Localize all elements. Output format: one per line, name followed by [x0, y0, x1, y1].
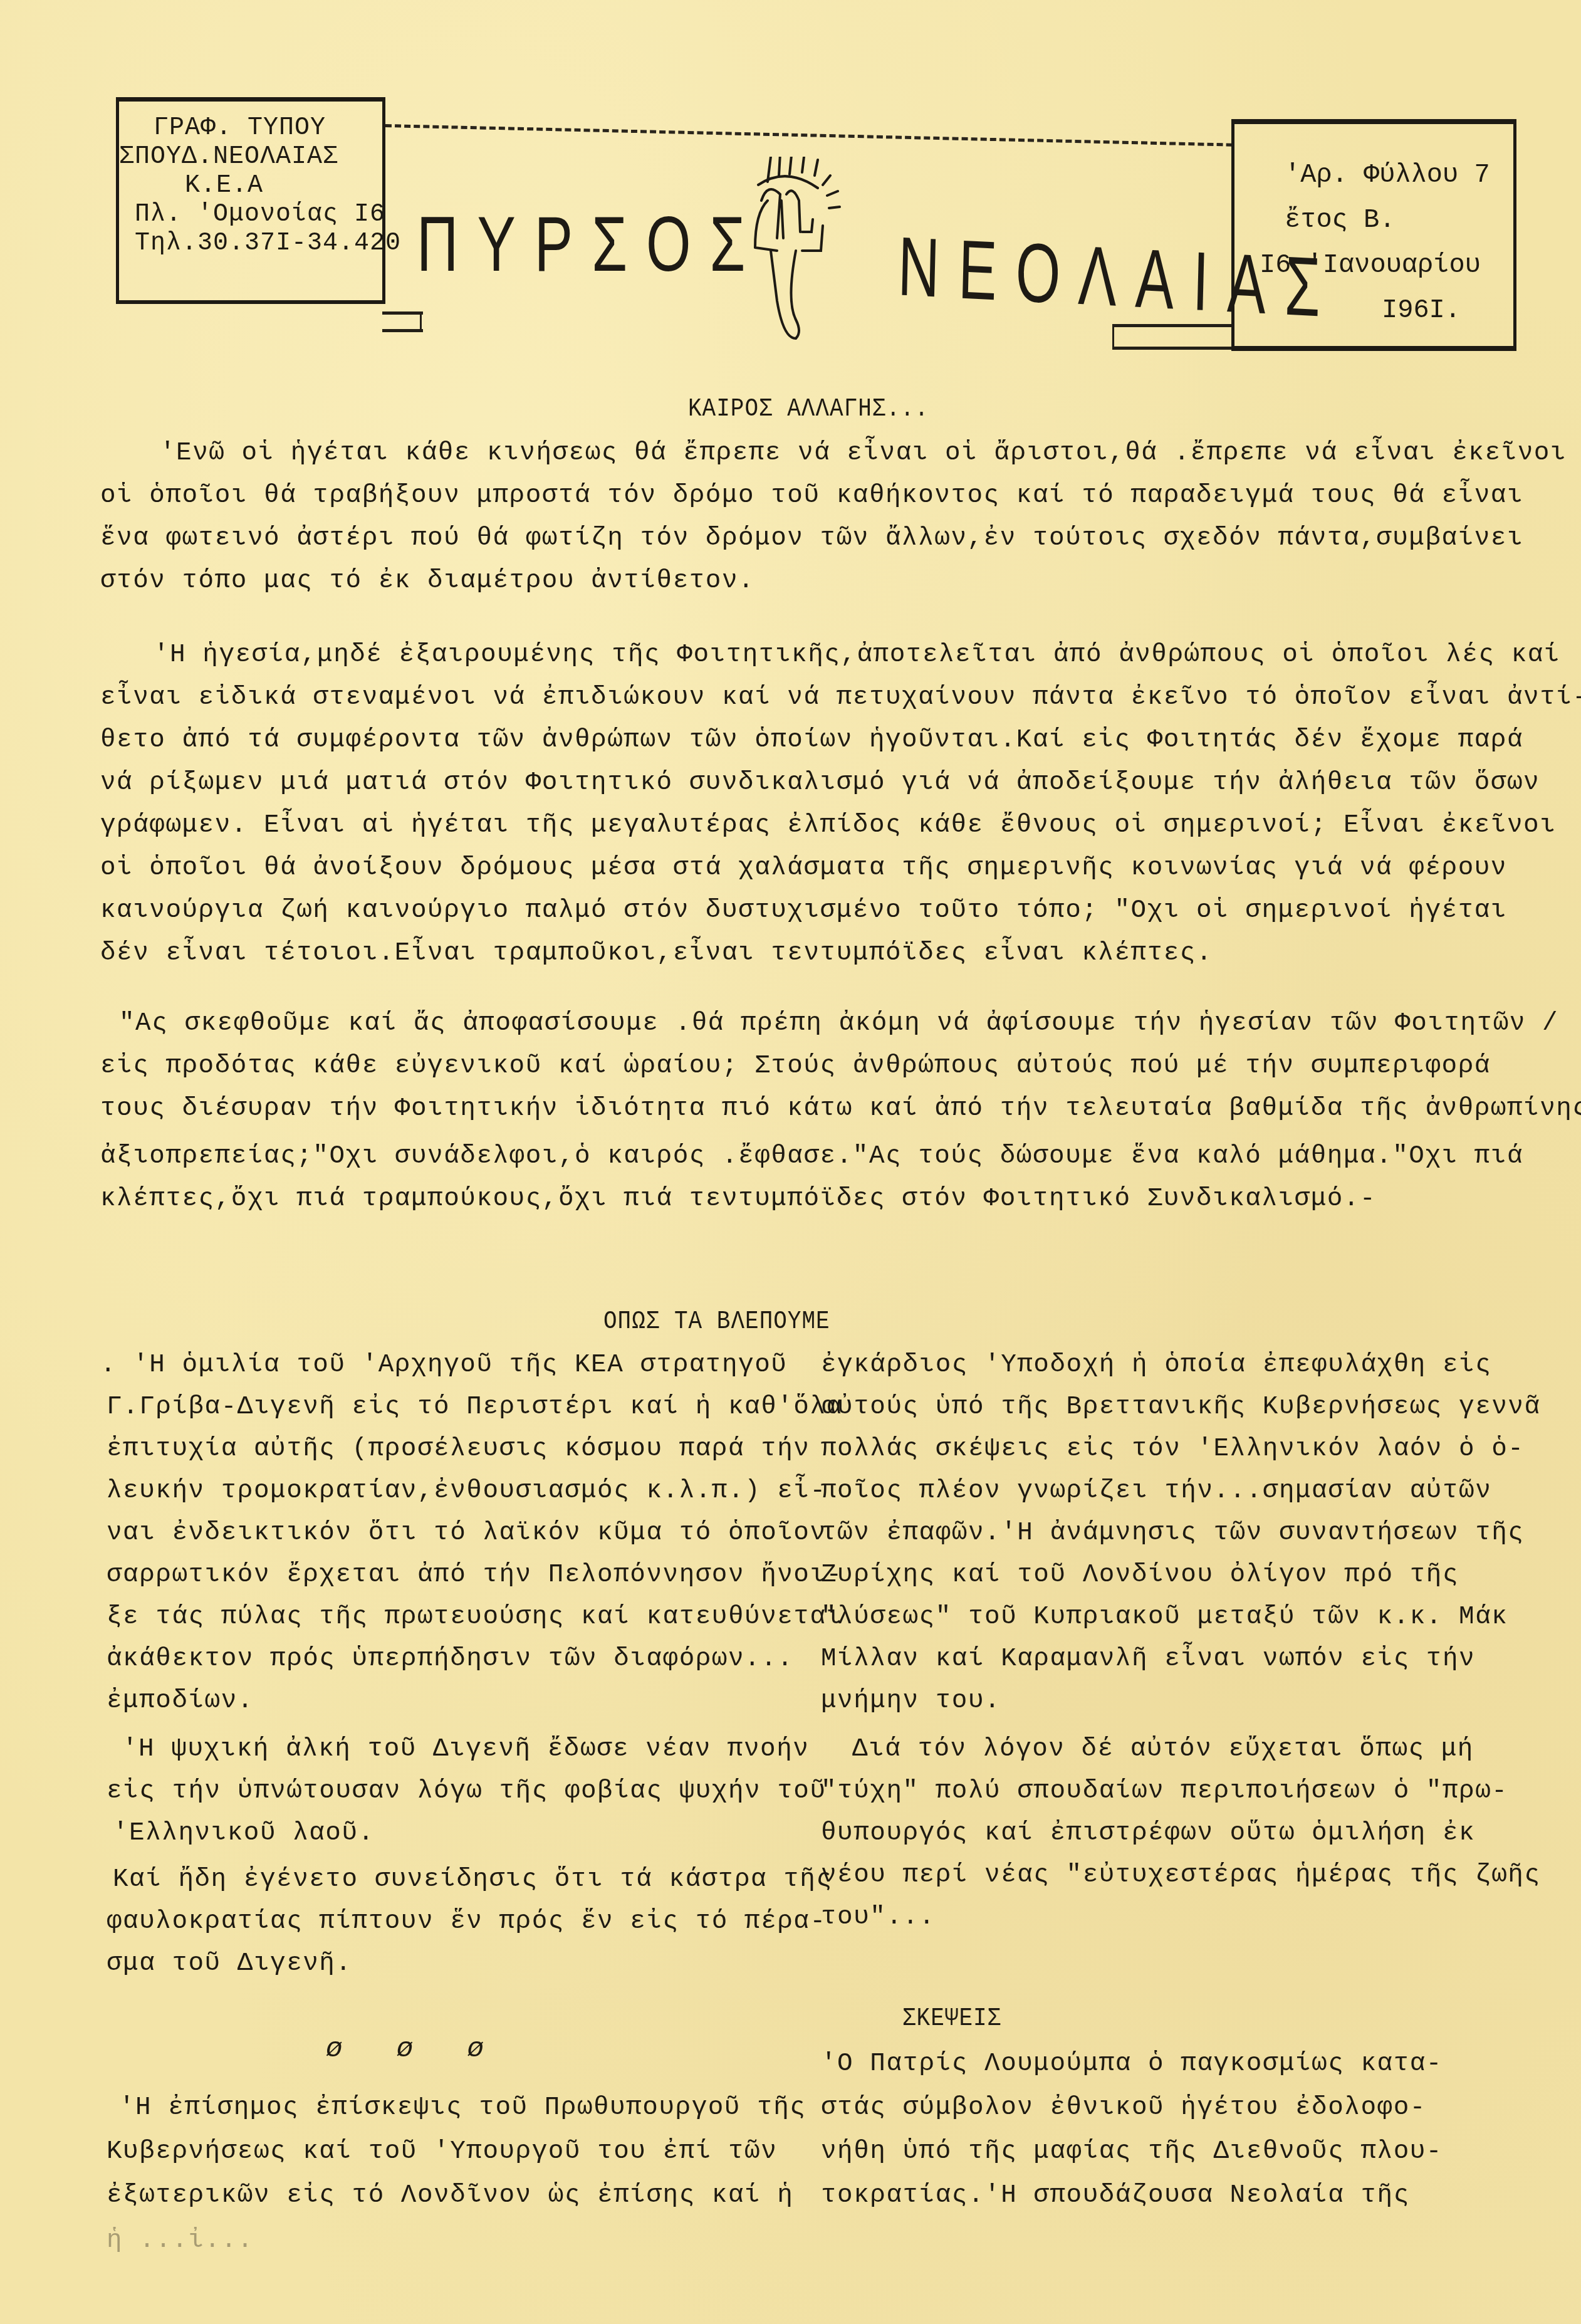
text-line: δέν εἶναι τέτοιοι.Εἶναι τραμποῦκοι,εἶναι… [100, 939, 1213, 968]
text-line: ἐξωτερικῶν εἰς τό Λονδῖνον ὡς ἐπίσης καί… [107, 2181, 793, 2210]
issue-date: Ι6 'Ιανουαρίου [1234, 243, 1513, 288]
text-line: καινούργια ζωή καινούργιο παλμό στόν δυσ… [100, 896, 1507, 925]
text-line: γράφωμεν. Εἶναι αἱ ἡγέται τῆς μεγαλυτέρα… [100, 811, 1556, 840]
text-line: στόν τόπο μας τό ἐκ διαμέτρου ἀντίθετον. [100, 567, 754, 595]
text-line: ἀξιοπρεπείας;"Οχι συνάδελφοι,ὁ καιρός .ἔ… [100, 1142, 1523, 1171]
text-line: τῶν ἐπαφῶν.'Η ἀνάμνησις τῶν συναντήσεων … [821, 1519, 1524, 1547]
masthead-title-left: ΠΥΡΣΟΣ [417, 201, 764, 290]
office-line: Κ.Ε.Α [119, 172, 382, 201]
text-line: ἕνα φωτεινό ἀστέρι πού θά φωτίζη τόν δρό… [100, 524, 1523, 553]
header-rule [420, 311, 422, 330]
text-line: φαυλοκρατίας πίπτουν ἕν πρός ἕν εἰς τό π… [107, 1907, 827, 1936]
office-line: Πλ. 'Ομονοίας Ι6 [119, 201, 382, 229]
text-line: ξε τάς πύλας τῆς πρωτευούσης καί κατευθύ… [107, 1603, 843, 1631]
text-line: οἱ ὁποῖοι θά ἀνοίξουν δρόμους μέσα στά χ… [100, 854, 1507, 882]
text-line: Μίλλαν καί Καραμανλῆ εἶναι νωπόν εἰς τήν [821, 1645, 1475, 1673]
text-line: 'Ο Πατρίς Λουμούμπα ὁ παγκοσμίως κατα- [821, 2049, 1443, 2078]
office-line: ΓΡΑΦ. ΤΥΠΟΥ [119, 114, 382, 143]
text-line: . 'Η ὁμιλία τοῦ 'Αρχηγοῦ τῆς ΚΕΑ στρατηγ… [100, 1351, 787, 1379]
text-line: σαρρωτικόν ἔρχεται ἀπό τήν Πελοπόννησον … [107, 1561, 843, 1589]
text-line: εἰς προδότας κάθε εὐγενικοῦ καί ὡραίου; … [100, 1052, 1491, 1081]
text-line-faded: ἡ ...ἰ... [107, 2226, 254, 2255]
text-line: Γ.Γρίβα-Διγενῆ εἰς τό Περιστέρι καί ἡ κα… [107, 1393, 843, 1421]
text-line: νά ρίξωμεν μιά ματιά στόν Φοιτητικό συνδ… [100, 768, 1540, 797]
text-line: μνήμην του. [821, 1687, 1001, 1715]
text-line: στάς σύμβολον ἐθνικοῦ ἡγέτου ἐδολοφο- [821, 2093, 1426, 2122]
text-line: ἐπιτυχία αὐτῆς (προσέλευσις κόσμου παρά … [107, 1435, 810, 1463]
text-line: Κυβερνήσεως καί τοῦ 'Υπουργοῦ του ἐπί τῶ… [107, 2137, 777, 2166]
issue-info-box: 'Αρ. Φύλλου 7 ἔτος Β. Ι6 'Ιανουαρίου Ι96… [1231, 119, 1516, 351]
text-line: οἱ ὁποῖοι θά τραβήξουν μπροστά τόν δρόμο… [100, 481, 1523, 510]
section-separator: ø ø ø [326, 2034, 503, 2065]
text-line: Διά τόν λόγον δέ αὐτόν εὔχεται ὅπως μή [852, 1735, 1474, 1764]
text-line: ναι ἐνδεικτικόν ὅτι τό λαϊκόν κῦμα τό ὁπ… [107, 1519, 827, 1547]
text-line: ἀκάθεκτον πρός ὑπερπήδησιν τῶν διαφόρων.… [107, 1645, 793, 1673]
text-line: σμα τοῦ Διγενῆ. [107, 1949, 352, 1978]
office-line: Τηλ.30.37Ι-34.420 [119, 229, 382, 258]
issue-number: 'Αρ. Φύλλου 7 [1234, 152, 1513, 197]
press-office-box: ΓΡΑΦ. ΤΥΠΟΥ ΣΠΟΥΔ.ΝΕΟΛΑΙΑΣ Κ.Ε.Α Πλ. 'Ομ… [116, 97, 385, 304]
text-line: 'Η ἐπίσημος ἐπίσκεψις τοῦ Πρωθυπουργοῦ τ… [119, 2093, 806, 2122]
header-rule [1112, 347, 1234, 350]
header-rule [385, 124, 1233, 147]
issue-year-number: Ι96Ι. [1234, 288, 1513, 333]
text-line: του"... [821, 1903, 936, 1932]
text-line: εἶναι εἰδικά στεναμένοι νά ἐπιδιώκουν κα… [100, 683, 1581, 712]
article-title: ΚΑΙΡΟΣ ΑΛΛΑΓΗΣ... [688, 394, 929, 424]
text-line: τοκρατίας.'Η σπουδάζουσα Νεολαία τῆς [821, 2181, 1410, 2210]
text-line: ἐγκάρδιος 'Υποδοχή ἡ ὁποία ἐπεφυλάχθη εἰ… [821, 1351, 1491, 1379]
issue-year: ἔτος Β. [1234, 197, 1513, 243]
text-line: "λύσεως" τοῦ Κυπριακοῦ μεταξύ τῶν κ.κ. Μ… [821, 1603, 1508, 1631]
text-line: ποῖος πλέον γνωρίζει τήν...σημασίαν αὐτῶ… [821, 1477, 1491, 1505]
text-line: 'Ελληνικοῦ λαοῦ. [113, 1819, 375, 1848]
text-line: τους διέσυραν τήν Φοιτητικήν ἰδιότητα πι… [100, 1094, 1581, 1123]
text-line: "τύχη" πολύ σπουδαίων περιποιήσεων ὁ "πρ… [821, 1777, 1508, 1806]
text-line: εἰς τήν ὑπνώτουσαν λόγω τῆς φοβίας ψυχήν… [107, 1777, 827, 1806]
text-line: Ζυρίχης καί τοῦ Λονδίνου ὀλίγον πρό τῆς [821, 1561, 1459, 1589]
header-rule [1112, 324, 1114, 348]
text-line: λευκήν τρομοκρατίαν,ἐνθουσιασμός κ.λ.π.)… [107, 1477, 827, 1505]
text-line: ἐμποδίων. [107, 1687, 254, 1715]
article-title: ΟΠΩΣ ΤΑ ΒΛΕΠΟΥΜΕ [603, 1307, 830, 1336]
text-line: θετο ἀπό τά συμφέροντα τῶν ἀνθρώπων τῶν … [100, 726, 1523, 755]
article-title: ΣΚΕΨΕΙΣ [902, 2004, 1001, 2033]
text-line: νήθη ὑπό τῆς μαφίας τῆς Διεθνοῦς πλου- [821, 2137, 1443, 2166]
text-line: θυπουργός καί ἐπιστρέφων οὕτω ὁμιλήση ἐκ [821, 1819, 1475, 1848]
text-line: κλέπτες,ὄχι πιά τραμπούκους,ὄχι πιά τεντ… [100, 1185, 1376, 1213]
text-line: "Ας σκεφθοῦμε καί ἄς ἀποφασίσουμε .θά πρ… [119, 1009, 1558, 1038]
text-line: πολλάς σκέψεις εἰς τόν 'Ελληνικόν λαόν ὁ… [821, 1435, 1524, 1463]
text-line: 'Η ψυχική ἀλκή τοῦ Διγενῆ ἔδωσε νέαν πνο… [122, 1735, 809, 1764]
text-line: νέου περί νέας "εὐτυχεστέρας ἡμέρας τῆς … [821, 1861, 1541, 1890]
text-line: αὐτούς ὑπό τῆς Βρεττανικῆς Κυβερνήσεως γ… [821, 1393, 1541, 1421]
text-line: Καί ἤδη ἐγένετο συνείδησις ὅτι τά κάστρα… [113, 1865, 833, 1894]
header-rule [382, 329, 423, 332]
office-line: ΣΠΟΥΔ.ΝΕΟΛΑΙΑΣ [119, 143, 382, 172]
text-line: 'Η ἡγεσία,μηδέ ἐξαιρουμένης τῆς Φοιτητικ… [154, 641, 1560, 669]
text-line: 'Ενῶ οἱ ἡγέται κάθε κινήσεως θά ἔπρεπε ν… [160, 439, 1567, 468]
newsletter-page: ΓΡΑΦ. ΤΥΠΟΥ ΣΠΟΥΔ.ΝΕΟΛΑΙΑΣ Κ.Ε.Α Πλ. 'Ομ… [0, 0, 1581, 2324]
header-rule [382, 311, 423, 315]
torch-icon [743, 157, 843, 345]
